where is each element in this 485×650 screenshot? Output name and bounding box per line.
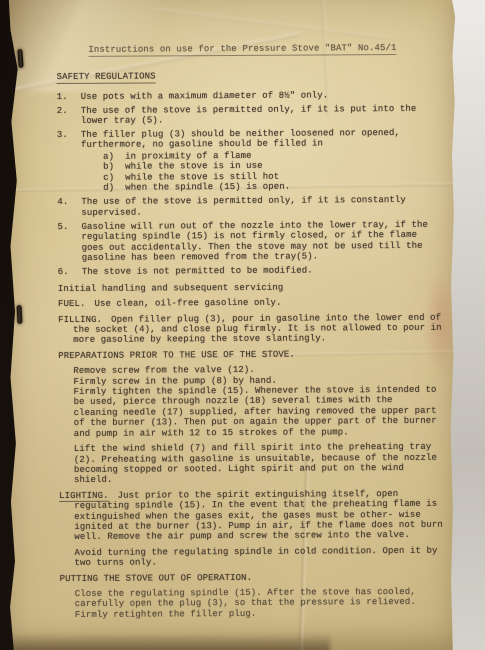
sub-list: a) in proximity of a flame b) while the … bbox=[103, 150, 441, 194]
list-item: 5. Gasoline will run out of the nozzle i… bbox=[57, 219, 441, 263]
list-item-text: The stove is not permitted to be modifie… bbox=[82, 265, 440, 278]
shutdown-heading: PUTTING THE STOVE OUT OF OPERATION. bbox=[60, 571, 442, 584]
list-item-number: 2. bbox=[57, 106, 81, 127]
list-item-number: 1. bbox=[57, 92, 81, 103]
paper-shadow bbox=[6, 633, 330, 650]
list-item: 4. The use of the stove is permitted onl… bbox=[57, 195, 441, 218]
sub-list-item-number: b) bbox=[103, 162, 125, 173]
list-item-number: 4. bbox=[57, 197, 81, 218]
list-item-number: 3. bbox=[57, 130, 81, 151]
list-item-number: 6. bbox=[58, 267, 82, 278]
list-item: 3. The filler plug (3) should be neither… bbox=[57, 128, 441, 151]
sub-list-item-number: c) bbox=[103, 172, 125, 183]
staple bbox=[17, 305, 23, 324]
list-item: 2. The use of the stove is permitted onl… bbox=[57, 103, 441, 126]
sub-list-item: d) when the spindle (15) is open. bbox=[103, 181, 441, 193]
preheating-paragraph: Lift the wind shield (7) and fill spirit… bbox=[74, 442, 440, 486]
servicing-heading: Initial handling and subsequent servicin… bbox=[58, 282, 440, 295]
typewritten-content: Instructions on use for the Pressure Sto… bbox=[4, 0, 458, 626]
list-item: 1. Use pots with a maximum diameter of 8… bbox=[57, 90, 441, 103]
list-item-text: Gasoline will run out of the nozzle into… bbox=[81, 220, 439, 264]
document-title-text: Instructions on use for the Pressure Sto… bbox=[88, 43, 396, 56]
safety-heading: SAFETY REGULATIONS bbox=[57, 70, 441, 83]
list-item-text: Use pots with a maximum diameter of 8½" … bbox=[81, 90, 439, 103]
lighting-text: Just prior to the spirit extinguishing i… bbox=[74, 489, 443, 543]
photo-background: Instructions on use for the Pressure Sto… bbox=[0, 0, 485, 650]
list-item-text: The use of the stove is permitted only, … bbox=[81, 103, 439, 126]
document-title: Instructions on use for the Pressure Sto… bbox=[88, 43, 440, 56]
fuel-label: FUEL. bbox=[58, 299, 86, 309]
fuel-paragraph: FUEL.Use clean, oil-free gasoline only. bbox=[58, 297, 440, 310]
sub-list-item-number: a) bbox=[103, 151, 125, 162]
fuel-text: Use clean, oil-free gasoline only. bbox=[94, 298, 281, 309]
avoid-paragraph: Avoid turning the regulating spindle in … bbox=[74, 545, 440, 568]
preparations-heading: PREPARATIONS PRIOR TO THE USE OF THE STO… bbox=[58, 349, 440, 362]
filling-paragraph: FILLING.Open filler plug (3), pour in ga… bbox=[58, 312, 442, 346]
list-item-text: The filler plug (3) should be neither lo… bbox=[81, 128, 439, 151]
list-item-number: 5. bbox=[57, 222, 81, 264]
list-item-text: The use of the stove is permitted only, … bbox=[81, 195, 439, 218]
sub-list-item-text: when the spindle (15) is open. bbox=[125, 181, 441, 193]
preparation-paragraph: Firmly tighten the spindle (15). Wheneve… bbox=[73, 385, 439, 439]
lighting-paragraph: LIGHTING.Just prior to the spirit exting… bbox=[59, 488, 443, 542]
shutdown-paragraph: Close the regulating spindle (15). After… bbox=[75, 587, 441, 620]
list-item: 6. The stove is not permitted to be modi… bbox=[58, 265, 442, 278]
document-page: Instructions on use for the Pressure Sto… bbox=[6, 0, 456, 650]
sub-list-item-number: d) bbox=[103, 183, 125, 194]
filling-label: FILLING. bbox=[58, 314, 102, 324]
filling-text: Open filler plug (3), pour in gasoline i… bbox=[73, 312, 442, 345]
